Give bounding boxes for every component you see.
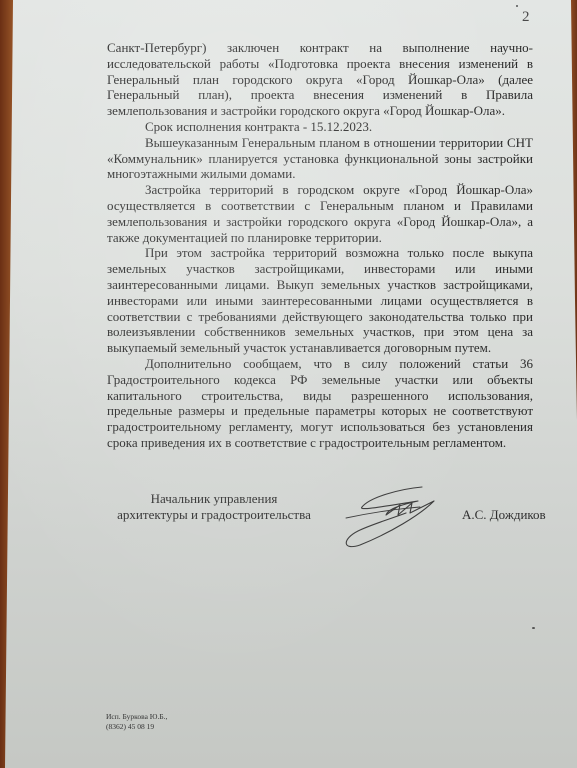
paper-speck (516, 5, 518, 7)
paragraph-contract: Санкт-Петербург) заключен контракт на вы… (107, 40, 533, 119)
paragraph-article-36: Дополнительно сообщаем, что в силу полож… (107, 356, 533, 451)
handwritten-signature-icon (340, 475, 460, 555)
signatory-name: А.С. Дождиков (462, 507, 546, 523)
paragraph-development: Застройка территорий в городском округе … (107, 182, 533, 245)
signatory-position-line2: архитектуры и градостроительства (108, 507, 320, 523)
paper-speck (532, 627, 535, 629)
signatory-position-line1: Начальник управления (108, 491, 320, 507)
signatory-position: Начальник управления архитектуры и градо… (108, 491, 320, 523)
executor-name: Исп. Буркова Ю.Б., (106, 712, 167, 722)
executor-info: Исп. Буркова Ю.Б., (8362) 45 08 19 (106, 712, 167, 732)
document-page: 2 Санкт-Петербург) заключен контракт на … (0, 0, 577, 768)
letter-body: Санкт-Петербург) заключен контракт на вы… (107, 40, 533, 451)
paragraph-general-plan: Вышеуказанным Генеральным планом в отнош… (107, 135, 533, 182)
paragraph-buyout: При этом застройка территорий возможна т… (107, 245, 533, 356)
paragraph-deadline: Срок исполнения контракта - 15.12.2023. (107, 119, 533, 135)
executor-phone: (8362) 45 08 19 (106, 722, 167, 732)
page-number: 2 (522, 9, 530, 26)
